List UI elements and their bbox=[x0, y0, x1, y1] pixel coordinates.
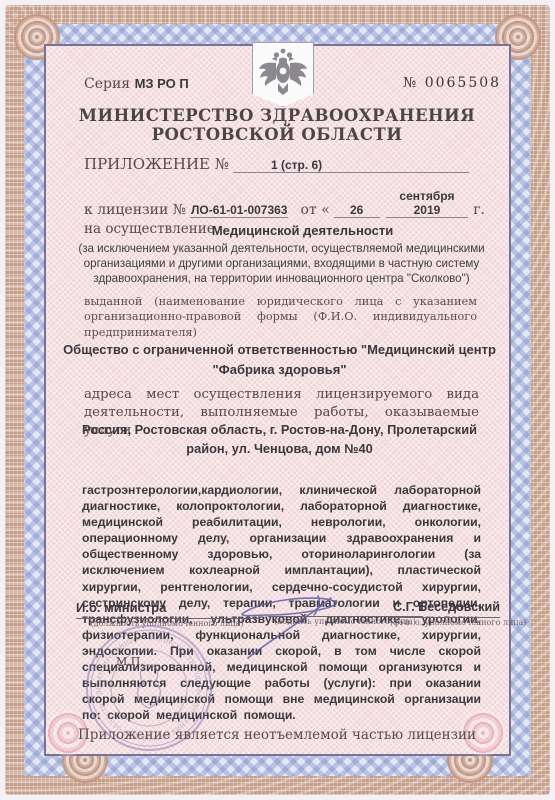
svg-text:МИНИСТЕРСТВО ЗДРАВООХРАНЕНИЯ Р: МИНИСТЕРСТВО ЗДРАВООХРАНЕНИЯ РОСТОВСКОЙ … bbox=[96, 635, 202, 741]
handwritten-signature bbox=[230, 588, 360, 668]
license-appendix-page: Серия МЗ РО П № 0065508 МИНИСТЕРСТВО ЗДР… bbox=[0, 0, 555, 800]
series-label: Серия bbox=[84, 76, 130, 92]
date-month-year-field: сентября 2019 bbox=[386, 189, 469, 218]
ministry-title-line1: МИНИСТЕРСТВО ЗДРАВООХРАНЕНИЯ bbox=[52, 106, 502, 125]
activity-title: Медицинской деятельности bbox=[150, 223, 455, 238]
appendix-number-field: 1 (стр. 6) bbox=[233, 158, 469, 173]
series-row: Серия МЗ РО П bbox=[84, 76, 189, 92]
address-value: Россия, Ростовская область, г. Ростов-на… bbox=[62, 420, 497, 458]
appendix-line: ПРИЛОЖЕНИЕ № 1 (стр. 6) bbox=[84, 155, 469, 173]
series-value: МЗ РО П bbox=[135, 76, 189, 91]
date-day-field: 26 bbox=[334, 203, 380, 218]
signer-name: С.Г. Беседовский bbox=[390, 600, 500, 618]
footer-note: Приложение является неотъемлемой частью … bbox=[52, 727, 502, 743]
form-number: № 0065508 bbox=[403, 75, 501, 91]
from-label: от « bbox=[300, 202, 329, 218]
organization-name: Общество с ограниченной ответственностью… bbox=[62, 340, 497, 379]
stamp-place-label: М.П. bbox=[116, 655, 144, 668]
double-headed-eagle-icon bbox=[254, 45, 312, 101]
year-suffix: г. bbox=[473, 202, 485, 218]
license-line: к лицензии № ЛО-61-01-007363 от « 26 сен… bbox=[84, 189, 485, 218]
issued-to-caption: выданной (наименование юридического лица… bbox=[84, 294, 477, 340]
ministry-title-line2: РОСТОВСКОЙ ОБЛАСТИ bbox=[52, 125, 502, 144]
appendix-label: ПРИЛОЖЕНИЕ № bbox=[84, 155, 229, 173]
activity-note: (за исключением указанной деятельности, … bbox=[66, 241, 497, 286]
signature-name-block: С.Г. Беседовский (ф. и. о. уполномоченно… bbox=[390, 600, 500, 627]
license-label: к лицензии № bbox=[84, 202, 186, 218]
coat-of-arms-shield bbox=[252, 42, 314, 107]
license-number-field: ЛО-61-01-007363 bbox=[190, 203, 288, 218]
name-caption: (ф. и. о. уполномоченного лица) bbox=[390, 618, 500, 627]
